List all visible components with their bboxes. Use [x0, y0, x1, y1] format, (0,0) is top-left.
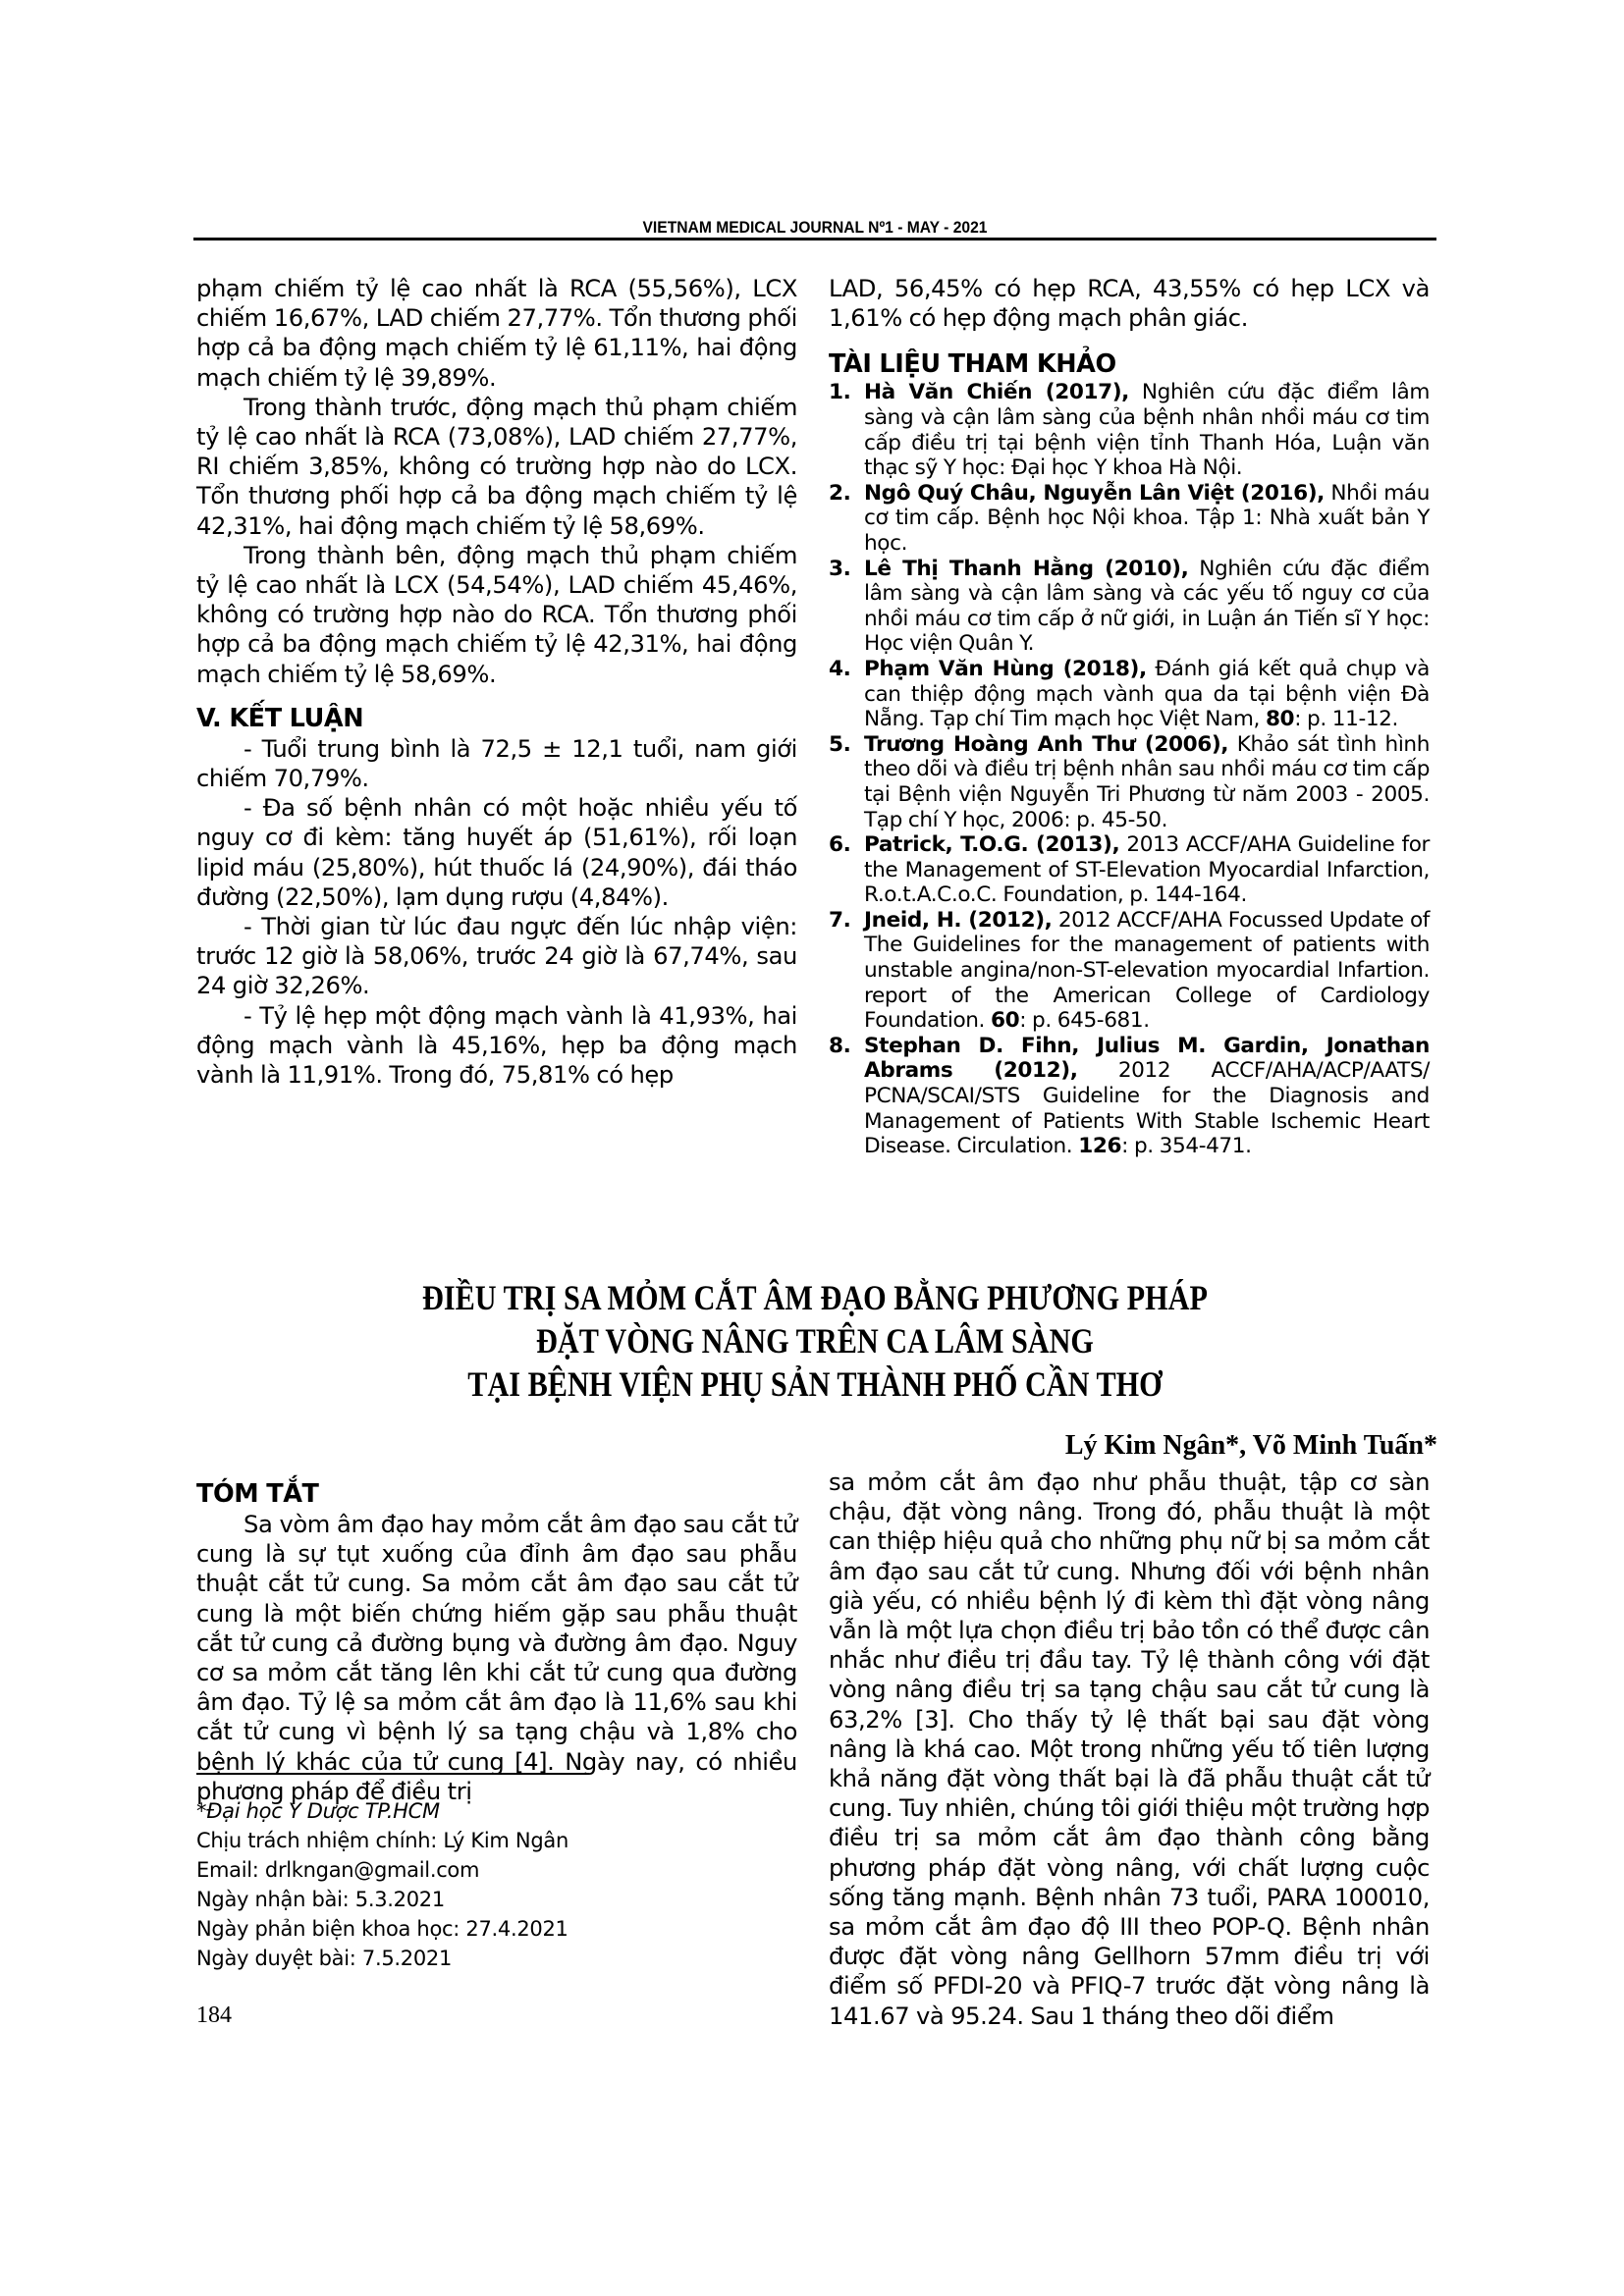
results-paragraph: phạm chiếm tỷ lệ cao nhất là RCA (55,56%…	[196, 274, 797, 393]
reference-number: 7.	[829, 908, 864, 1034]
reference-authors: Jneid, H. (2012),	[864, 908, 1052, 933]
abstract-left-column: TÓM TẮT Sa vòm âm đạo hay mỏm cắt âm đạo…	[196, 1478, 797, 1806]
reference-number: 8.	[829, 1034, 864, 1159]
previous-article-right-column: LAD, 56,45% có hẹp RCA, 43,55% có hẹp LC…	[829, 274, 1430, 1159]
conclusion-continuation: LAD, 56,45% có hẹp RCA, 43,55% có hẹp LC…	[829, 274, 1430, 333]
conclusion-heading: V. KẾT LUẬN	[196, 703, 797, 734]
article-title-line: ĐẶT VÒNG NÂNG TRÊN CA LÂM SÀNG	[378, 1319, 1252, 1362]
reference-item: 3. Lê Thị Thanh Hằng (2010), Nghiên cứu …	[829, 557, 1430, 657]
conclusion-item: - Thời gian từ lúc đau ngực đến lúc nhập…	[196, 912, 797, 1001]
results-paragraph: Trong thành bên, động mạch thủ phạm chiế…	[196, 541, 797, 689]
abstract-text: Sa vòm âm đạo hay mỏm cắt âm đạo sau cắt…	[196, 1510, 797, 1806]
reference-number: 5.	[829, 732, 864, 832]
email: Email: drlkngan@gmail.com	[196, 1855, 568, 1885]
reference-authors: Phạm Văn Hùng (2018),	[864, 657, 1147, 681]
reference-item: 4. Phạm Văn Hùng (2018), Đánh giá kết qu…	[829, 657, 1430, 732]
abstract-heading: TÓM TẮT	[196, 1478, 797, 1510]
reference-item: 6. Patrick, T.O.G. (2013), 2013 ACCF/AHA…	[829, 832, 1430, 908]
reference-number: 6.	[829, 832, 864, 908]
previous-article-left-column: phạm chiếm tỷ lệ cao nhất là RCA (55,56%…	[196, 274, 797, 1090]
reference-volume: 126	[1078, 1134, 1121, 1158]
reference-pages: : p. 645-681.	[1019, 1008, 1149, 1033]
article-title: ĐIỀU TRỊ SA MỎM CẮT ÂM ĐẠO BẰNG PHƯƠNG P…	[378, 1276, 1252, 1406]
abstract-text-continued: sa mỏm cắt âm đạo như phẫu thuật, tập cơ…	[829, 1468, 1430, 2031]
reference-volume: 80	[1266, 707, 1294, 731]
accepted-date: Ngày duyệt bài: 7.5.2021	[196, 1944, 568, 1973]
received-date: Ngày nhận bài: 5.3.2021	[196, 1885, 568, 1914]
running-header: VIETNAM MEDICAL JOURNAL Nº1 - MAY - 2021	[244, 218, 1387, 238]
reference-item: 8. Stephan D. Fihn, Julius M. Gardin, Jo…	[829, 1034, 1430, 1159]
article-title-line: ĐIỀU TRỊ SA MỎM CẮT ÂM ĐẠO BẰNG PHƯƠNG P…	[378, 1276, 1252, 1319]
reference-number: 3.	[829, 557, 864, 657]
reference-item: 7. Jneid, H. (2012), 2012 ACCF/AHA Focus…	[829, 908, 1430, 1034]
reference-authors: Trương Hoàng Anh Thư (2006),	[864, 732, 1228, 757]
reference-item: 1. Hà Văn Chiến (2017), Nghiên cứu đặc đ…	[829, 380, 1430, 480]
review-date: Ngày phản biện khoa học: 27.4.2021	[196, 1914, 568, 1944]
article-title-line: TẠI BỆNH VIỆN PHỤ SẢN THÀNH PHỐ CẦN THƠ	[378, 1362, 1252, 1406]
abstract-right-column: sa mỏm cắt âm đạo như phẫu thuật, tập cơ…	[829, 1468, 1430, 2031]
reference-item: 5. Trương Hoàng Anh Thư (2006), Khảo sát…	[829, 732, 1430, 832]
reference-number: 1.	[829, 380, 864, 480]
reference-number: 4.	[829, 657, 864, 732]
reference-authors: Hà Văn Chiến (2017),	[864, 380, 1129, 404]
reference-authors: Ngô Quý Châu, Nguyễn Lân Việt (2016),	[864, 481, 1325, 506]
header-rule	[193, 238, 1436, 240]
conclusion-item: - Tỷ lệ hẹp một động mạch vành là 41,93%…	[196, 1001, 797, 1091]
references-heading: TÀI LIỆU THAM KHẢO	[829, 348, 1430, 380]
reference-authors: Patrick, T.O.G. (2013),	[864, 832, 1119, 857]
footnote-block: *Đại học Y Dược TP.HCM Chịu trách nhiệm …	[196, 1796, 568, 1973]
results-paragraph: Trong thành trước, động mạch thủ phạm ch…	[196, 393, 797, 541]
conclusion-item: - Đa số bệnh nhân có một hoặc nhiều yếu …	[196, 793, 797, 912]
affiliation: *Đại học Y Dược TP.HCM	[196, 1796, 568, 1826]
reference-pages: : p. 11-12.	[1294, 707, 1398, 731]
footnote-rule	[196, 1773, 589, 1775]
article-authors: Lý Kim Ngân*, Võ Minh Tuấn*	[1065, 1429, 1437, 1463]
conclusion-item: - Tuổi trung bình là 72,5 ± 12,1 tuổi, n…	[196, 734, 797, 793]
reference-number: 2.	[829, 481, 864, 557]
reference-authors: Lê Thị Thanh Hằng (2010),	[864, 557, 1188, 581]
reference-pages: : p. 354-471.	[1121, 1134, 1251, 1158]
reference-list: 1. Hà Văn Chiến (2017), Nghiên cứu đặc đ…	[829, 380, 1430, 1158]
reference-volume: 60	[991, 1008, 1019, 1033]
page-number: 184	[196, 2002, 232, 2029]
corresponding-author: Chịu trách nhiệm chính: Lý Kim Ngân	[196, 1826, 568, 1855]
reference-item: 2. Ngô Quý Châu, Nguyễn Lân Việt (2016),…	[829, 481, 1430, 557]
